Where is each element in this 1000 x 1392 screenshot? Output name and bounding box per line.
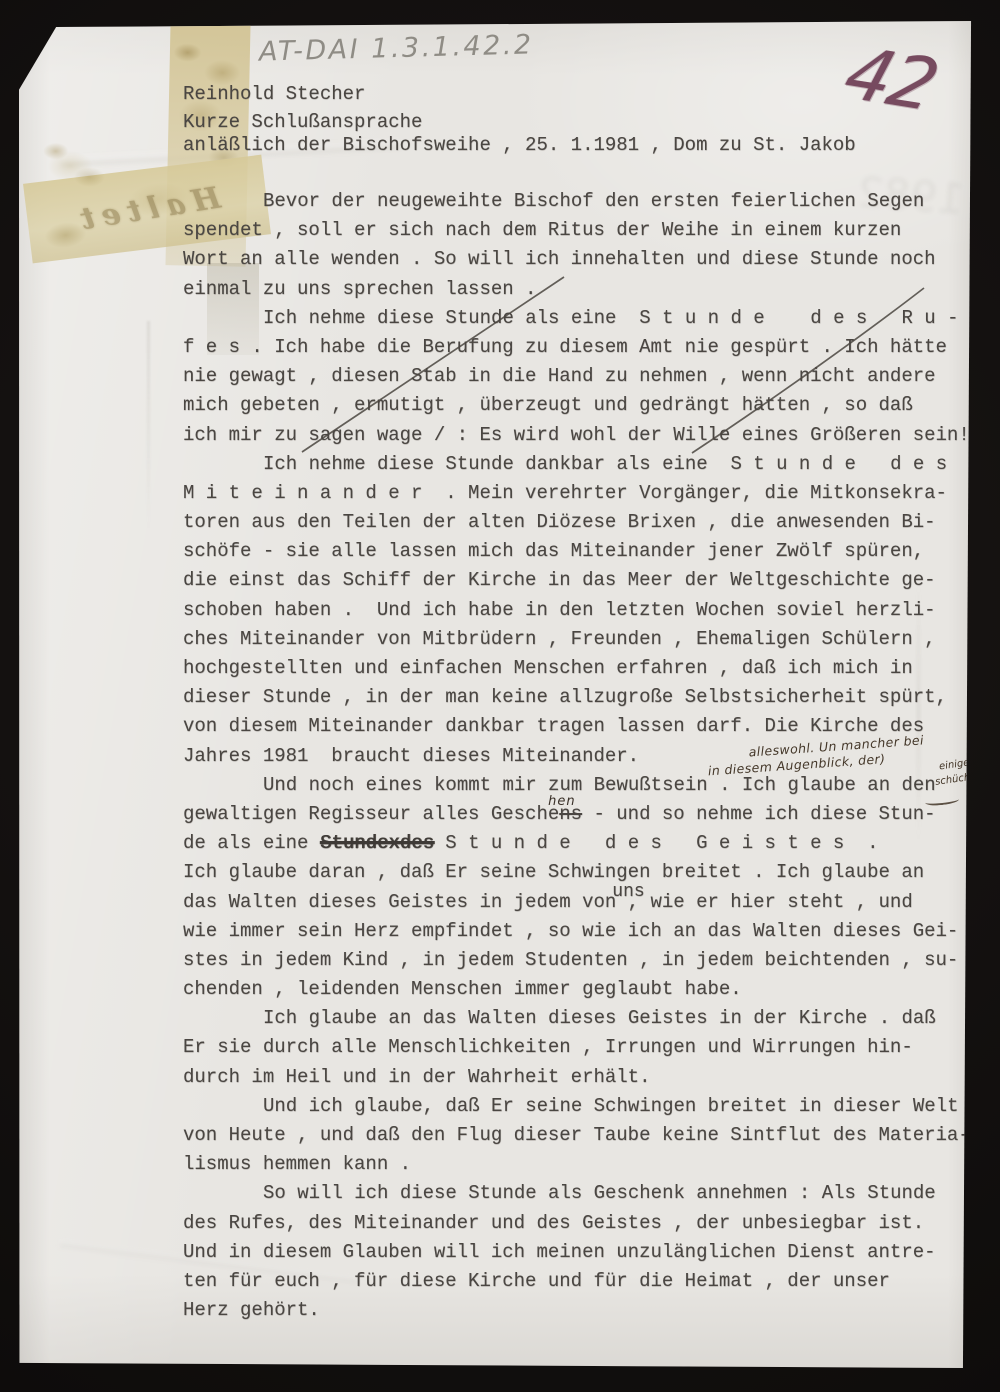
typed-text: die einst das Schiff der Kirche in das M… [183, 569, 936, 591]
typed-text: M i t e i n a n d e r . Mein verehrter V… [183, 482, 947, 504]
typed-text: Ich nehme diese Stunde als eine S t u n … [263, 307, 959, 329]
typed-text: toren aus den Teilen der alten Diözese B… [183, 511, 936, 533]
doc-author: Reinhold Stecher [183, 83, 365, 105]
typed-line: Ich glaube an das Walten dieses Geistes … [183, 1007, 993, 1036]
typed-text: von diesem Miteinander dankbar tragen la… [183, 715, 924, 737]
typed-text: f e s . Ich habe die Berufung zu diesem … [183, 336, 947, 358]
typed-text: schoben haben . Und ich habe in den letz… [183, 599, 936, 621]
typed-text: Jahres 1981 braucht dieses Miteinander. [183, 745, 639, 767]
typed-line: des Rufes, des Miteinander und des Geist… [183, 1212, 993, 1241]
typed-text: Er sie durch alle Menschlichkeiten , Irr… [183, 1036, 913, 1058]
typed-line: mich gebeten , ermutigt , überzeugt und … [183, 394, 993, 423]
typed-line: schöfe - sie alle lassen mich das Mitein… [183, 540, 993, 569]
typed-line: lismus hemmen kann . [183, 1153, 993, 1182]
typed-text: gewaltigen Regisseur alles Gesche [183, 803, 559, 825]
typed-line: stes in jedem Kind , in jedem Studenten … [183, 949, 993, 978]
typed-text: , wie er hier steht , und [616, 891, 912, 913]
typed-line: gewaltigen Regisseur alles Geschenshen -… [183, 803, 993, 832]
typed-text: dieser Stunde , in der man keine allzugr… [183, 686, 947, 708]
typed-line: einmal zu uns sprechen lassen . [183, 278, 993, 307]
typed-line: toren aus den Teilen der alten Diözese B… [183, 511, 993, 540]
typed-text: ich mir zu sagen wage / : Es wird wohl d… [183, 424, 970, 446]
typed-text: durch im Heil und in der Wahrheit erhält… [183, 1066, 650, 1088]
tape-residue [27, 129, 123, 203]
typed-line: Ich glaube daran , daß Er seine Schwinge… [183, 861, 993, 890]
typed-text: einmal zu uns sprechen lassen . [183, 278, 536, 300]
typed-line: Ich nehme diese Stunde als eine S t u n … [183, 307, 993, 336]
typed-text: hochgestellten und einfachen Menschen er… [183, 657, 913, 679]
typed-text: - und so nehme ich diese Stun- [582, 803, 935, 825]
typed-line: von Heute , und daß den Flug dieser Taub… [183, 1124, 993, 1153]
scanned-archive-document: { "scan": { "archival_ref": "AT-DAI 1.3.… [0, 0, 1000, 1392]
typed-text: Und noch eines kommt mir zum Bewußtsein … [263, 774, 936, 796]
typed-line: durch im Heil und in der Wahrheit erhält… [183, 1066, 993, 1095]
typed-text: Herz gehört. [183, 1299, 320, 1321]
typed-line: Und ich glaube, daß Er seine Schwingen b… [183, 1095, 993, 1124]
typed-line: Bevor der neugeweihte Bischof den ersten… [183, 190, 993, 219]
typed-text: S t u n d e d e s G e i s t e s . [434, 832, 879, 854]
typed-line: das Walten dieses Geistes in jedem vonun… [183, 891, 993, 920]
typed-line: nie gewagt , diesen Stab in die Hand zu … [183, 365, 993, 394]
typed-text: So will ich diese Stunde als Geschenk an… [263, 1182, 936, 1204]
typed-line: Wort an alle wenden . So will ich inneha… [183, 248, 993, 277]
typed-line: chenden , leidenden Menschen immer gegla… [183, 978, 993, 1007]
typed-text: Bevor der neugeweihte Bischof den ersten… [263, 190, 924, 212]
typed-line: dieser Stunde , in der man keine allzugr… [183, 686, 993, 715]
typed-line: de als eine Stundexdes S t u n d e d e s… [183, 832, 993, 861]
typed-text: ten für euch , für diese Kirche und für … [183, 1270, 890, 1292]
struck-text: Stundexdes [320, 832, 434, 854]
typed-text: Ich glaube an das Walten dieses Geistes … [263, 1007, 936, 1029]
typed-line: ten für euch , für diese Kirche und für … [183, 1270, 993, 1299]
typed-line: Und in diesem Glauben will ich meinen un… [183, 1241, 993, 1270]
typed-text: das Walten dieses Geistes in jedem von [183, 891, 616, 913]
typed-line: Ich nehme diese Stunde dankbar als eine … [183, 453, 993, 482]
typed-text: Wort an alle wenden . So will ich inneha… [183, 248, 936, 270]
paper-sheet: Haltet 1982 AT-DAI 1.3.1.42.2 42 Reinhol… [19, 21, 972, 1368]
typed-text: von Heute , und daß den Flug dieser Taub… [183, 1124, 970, 1146]
typed-line: wie immer sein Herz empfindet , so wie i… [183, 920, 993, 949]
typed-line: spendet , soll er sich nach dem Ritus de… [183, 219, 993, 248]
doc-title-line1: Kurze Schlußansprache [183, 111, 422, 133]
doc-title-line2: anläßlich der Bischofsweihe , 25. 1.1981… [183, 134, 856, 156]
typed-line: Und noch eines kommt mir zum Bewußtsein … [183, 774, 993, 803]
typed-text: spendet , soll er sich nach dem Ritus de… [183, 219, 901, 241]
typed-text: lismus hemmen kann . [183, 1153, 411, 1175]
typed-line: f e s . Ich habe die Berufung zu diesem … [183, 336, 993, 365]
typed-line: Herz gehört. [183, 1299, 993, 1328]
typed-text: de als eine [183, 832, 320, 854]
typed-text: wie immer sein Herz empfindet , so wie i… [183, 920, 958, 942]
typed-text: schöfe - sie alle lassen mich das Mitein… [183, 540, 924, 562]
typed-line: schoben haben . Und ich habe in den letz… [183, 599, 993, 628]
paper-crease [147, 321, 150, 531]
typed-text: ches Miteinander von Mitbrüdern , Freund… [183, 628, 936, 650]
typed-line: ich mir zu sagen wage / : Es wird wohl d… [183, 424, 993, 453]
typed-text: Ich nehme diese Stunde dankbar als eine … [263, 453, 947, 475]
typed-text: Und ich glaube, daß Er seine Schwingen b… [263, 1095, 959, 1117]
typed-line: hochgestellten und einfachen Menschen er… [183, 657, 993, 686]
typed-line: ches Miteinander von Mitbrüdern , Freund… [183, 628, 993, 657]
typed-line: Er sie durch alle Menschlichkeiten , Irr… [183, 1036, 993, 1065]
typed-text: Und in diesem Glauben will ich meinen un… [183, 1241, 936, 1263]
archival-reference-pencil: AT-DAI 1.3.1.42.2 [259, 29, 534, 67]
typed-text: des Rufes, des Miteinander und des Geist… [183, 1212, 924, 1234]
typed-text: stes in jedem Kind , in jedem Studenten … [183, 949, 958, 971]
page-number-handwritten: 42 [835, 32, 946, 127]
typed-line: die einst das Schiff der Kirche in das M… [183, 569, 993, 598]
typed-line: So will ich diese Stunde als Geschenk an… [183, 1182, 993, 1211]
typed-text: chenden , leidenden Menschen immer gegla… [183, 978, 742, 1000]
typed-text: Ich glaube daran , daß Er seine Schwinge… [183, 861, 924, 883]
typed-text: nie gewagt , diesen Stab in die Hand zu … [183, 365, 936, 387]
typed-line: M i t e i n a n d e r . Mein verehrter V… [183, 482, 993, 511]
typed-text: mich gebeten , ermutigt , überzeugt und … [183, 394, 913, 416]
